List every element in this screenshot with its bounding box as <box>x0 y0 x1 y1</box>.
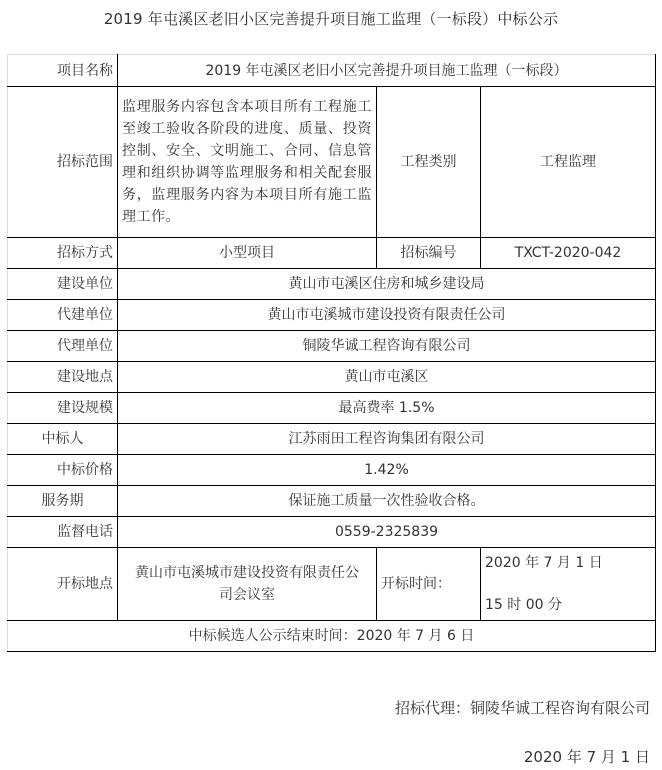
table-row: 中标人 江苏雨田工程咨询集团有限公司 <box>8 424 656 455</box>
row-value: 1.42% <box>118 455 656 486</box>
title-main: 2019 年屯溪区老旧小区完善提升项目施工监理（一标段） <box>104 10 498 28</box>
row-label: 服务期 <box>8 486 118 517</box>
row-value: 最高费率 1.5% <box>118 393 656 424</box>
table-row-opening: 开标地点 黄山市屯溪城市建设投资有限责任公司会议室 开标时间： 2020 年 7… <box>8 548 656 621</box>
row-value: 黄山市屯溪城市建设投资有限责任公司 <box>118 300 656 331</box>
row-label: 中标价格 <box>8 455 118 486</box>
scope-label: 招标范围 <box>8 87 118 238</box>
row-value: 0559-2325839 <box>118 517 656 548</box>
row-label: 代理单位 <box>8 331 118 362</box>
project-name-value: 2019 年屯溪区老旧小区完善提升项目施工监理（一标段） <box>118 55 656 87</box>
table-row: 建设地点 黄山市屯溪区 <box>8 362 656 393</box>
table-row: 服务期 保证施工质量一次性验收合格。 <box>8 486 656 517</box>
table-row: 建设规模 最高费率 1.5% <box>8 393 656 424</box>
bid-agent-signature: 招标代理：铜陵华诚工程咨询有限公司 <box>395 697 650 718</box>
signature-date: 2020 年 7 月 1 日 <box>524 746 650 767</box>
row-label: 中标人 <box>8 424 118 455</box>
table-row: 中标价格 1.42% <box>8 455 656 486</box>
row-value: 保证施工质量一次性验收合格。 <box>118 486 656 517</box>
title-suffix: 中标公示 <box>497 10 558 28</box>
opening-place-value: 黄山市屯溪城市建设投资有限责任公司会议室 <box>118 548 377 621</box>
opening-time-value: 2020 年 7 月 1 日 15 时 00 分 <box>481 548 656 621</box>
category-label: 工程类别 <box>377 87 481 238</box>
code-value: TXCT-2020-042 <box>481 238 656 269</box>
row-value: 铜陵华诚工程咨询有限公司 <box>118 331 656 362</box>
row-label: 监督电话 <box>8 517 118 548</box>
opening-hour: 15 时 00 分 <box>485 594 651 616</box>
table-row: 代建单位 黄山市屯溪城市建设投资有限责任公司 <box>8 300 656 331</box>
opening-date: 2020 年 7 月 1 日 <box>485 555 603 571</box>
code-label: 招标编号 <box>377 238 481 269</box>
publicity-end-time: 中标候选人公示结束时间：2020 年 7 月 6 日 <box>8 621 656 652</box>
table-row: 监督电话 0559-2325839 <box>8 517 656 548</box>
row-label: 建设地点 <box>8 362 118 393</box>
table-row-method: 招标方式 小型项目 招标编号 TXCT-2020-042 <box>8 238 656 269</box>
row-label: 代建单位 <box>8 300 118 331</box>
table-row-scope: 招标范围 监理服务内容包含本项目所有工程施工至竣工验收各阶段的进度、质量、投资控… <box>8 87 656 238</box>
table-row: 代理单位 铜陵华诚工程咨询有限公司 <box>8 331 656 362</box>
project-name-label: 项目名称 <box>8 55 118 87</box>
table-row-project-name: 项目名称 2019 年屯溪区老旧小区完善提升项目施工监理（一标段） <box>8 55 656 87</box>
method-value: 小型项目 <box>118 238 377 269</box>
row-value: 黄山市屯溪区住房和城乡建设局 <box>118 269 656 300</box>
opening-place-label: 开标地点 <box>8 548 118 621</box>
table-row-footer: 中标候选人公示结束时间：2020 年 7 月 6 日 <box>8 621 656 652</box>
page-title: 2019 年屯溪区老旧小区完善提升项目施工监理（一标段）中标公示 <box>0 8 662 29</box>
row-value: 黄山市屯溪区 <box>118 362 656 393</box>
row-value: 江苏雨田工程咨询集团有限公司 <box>118 424 656 455</box>
table-row: 建设单位 黄山市屯溪区住房和城乡建设局 <box>8 269 656 300</box>
row-label: 建设单位 <box>8 269 118 300</box>
bid-notice-table: 项目名称 2019 年屯溪区老旧小区完善提升项目施工监理（一标段） 招标范围 监… <box>7 54 656 652</box>
category-value: 工程监理 <box>481 87 656 238</box>
method-label: 招标方式 <box>8 238 118 269</box>
row-label: 建设规模 <box>8 393 118 424</box>
opening-time-label: 开标时间： <box>377 548 481 621</box>
scope-value: 监理服务内容包含本项目所有工程施工至竣工验收各阶段的进度、质量、投资控制、安全、… <box>118 87 377 238</box>
